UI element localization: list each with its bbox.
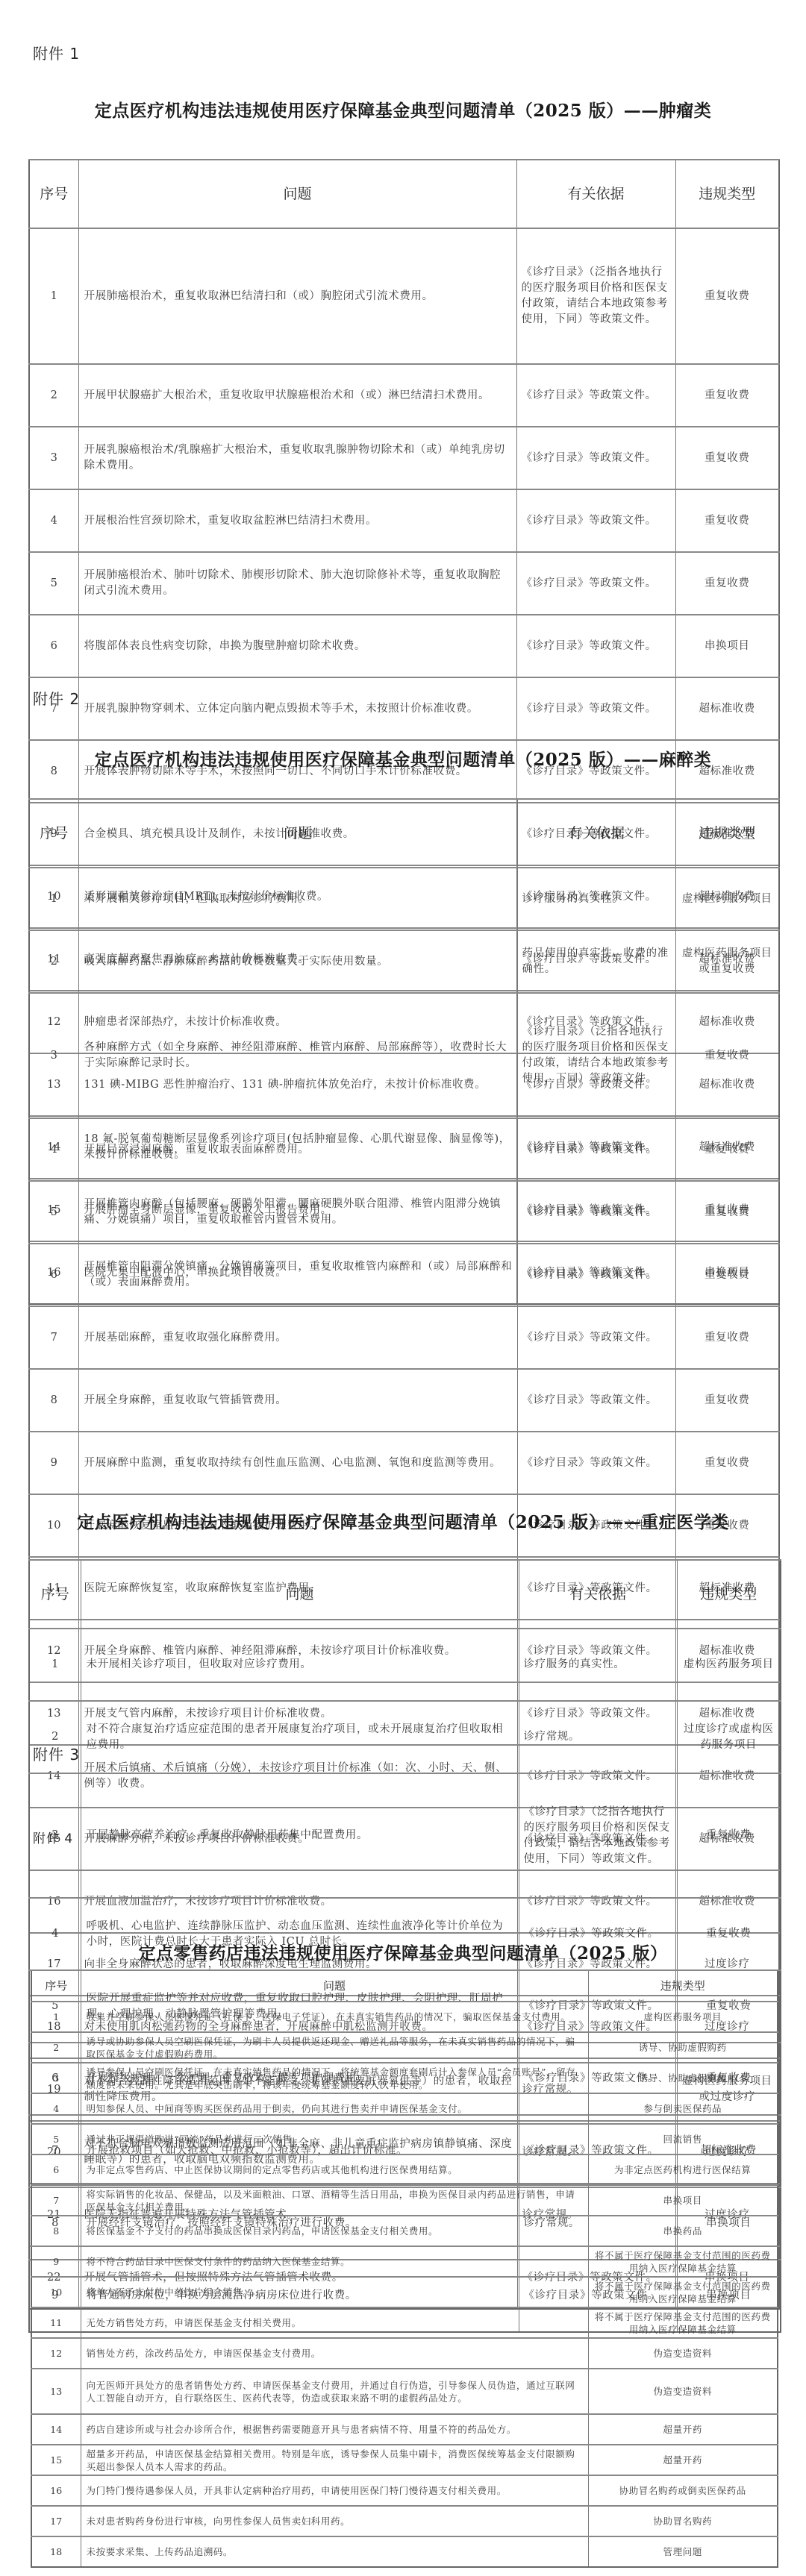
cell-problem: 开展乳腺癌根治术/乳腺癌扩大根治术，重复收取乳腺肿物切除术和（或）单纯乳房切除术… xyxy=(78,427,516,489)
table-row: 4开展局部浸润麻醉，重复收取表面麻醉费用。《诊疗目录》等政策文件。重复收费 xyxy=(29,1118,779,1181)
table-row: 1未开展相关诊疗项目，但收取对应诊疗费用。诊疗服务的真实性。虚构医药服务项目 xyxy=(29,868,779,930)
attachment-2-label: 附件 2 xyxy=(33,687,80,709)
header-problem: 问题 xyxy=(81,1970,588,2002)
cell-seq: 18 xyxy=(31,2536,81,2567)
cell-violation-type: 过度诊疗或虚构医药服务项目 xyxy=(677,1701,781,1773)
cell-violation-type: 将不属于医疗保障基金支付范围的医药费用纳入医疗保障基金结算 xyxy=(588,2307,778,2338)
cell-basis: 《诊疗目录》等政策文件。 xyxy=(517,1118,675,1181)
cell-problem: 诱导参保人员空刷医保凭证，在未真实销售药品的情况下，将统筹基金额度套刷后计入参保… xyxy=(81,2063,588,2093)
cell-basis: 《诊疗目录》等政策文件。 xyxy=(516,552,675,615)
cell-basis: 《诊疗目录》等政策文件。 xyxy=(516,427,675,489)
table-row: 3开展乳腺癌根治术/乳腺癌扩大根治术，重复收取乳腺肿物切除术和（或）单纯乳房切除… xyxy=(29,427,779,489)
header-type: 违规类型 xyxy=(675,799,779,868)
cell-basis: 《诊疗目录》等政策文件。 xyxy=(517,1432,675,1494)
cell-violation-type: 重复收费 xyxy=(675,364,779,427)
cell-seq: 7 xyxy=(31,2185,81,2216)
cell-problem: 将单方不予支付的中药饮片组合销售。 xyxy=(81,2277,588,2307)
cell-seq: 6 xyxy=(31,2154,81,2185)
cell-basis: 《诊疗目录》等政策文件。 xyxy=(516,489,675,552)
table-header-row: 序号 问题 有关依据 违规类型 xyxy=(29,799,779,868)
cell-seq: 11 xyxy=(31,2307,81,2338)
cell-seq: 14 xyxy=(31,2414,81,2445)
cell-problem: 开展肺癌根治术、肺叶切除术、肺楔形切除术、肺大泡切除修补术等，重复收取胸腔闭式引… xyxy=(78,552,516,615)
table-row: 7开展乳腺肿物穿刺术、立体定向脑内靶点毁损术等手术，未按照计价标准收费。《诊疗目… xyxy=(29,677,779,740)
cell-violation-type: 虚构医药服务项目 xyxy=(677,1629,781,1701)
cell-problem: 超量多开药品，申请医保基金结算相关费用。特别是年底，诱导参保人员集中刷卡，消费医… xyxy=(81,2445,588,2475)
table-row: 8将医保基金不予支付的药品串换成医保目录内药品，申请医保基金支付相关费用。串换药… xyxy=(31,2216,778,2246)
table-row: 8开展全身麻醉，重复收取气管插管费用。《诊疗目录》等政策文件。重复收费 xyxy=(29,1369,779,1432)
table-row: 3开展静脉高营养治疗，重复收取静脉用药集中配置费用。《诊疗目录》（泛指各地执行的… xyxy=(29,1773,781,1898)
cell-violation-type: 重复收费 xyxy=(677,1773,781,1898)
cell-seq: 4 xyxy=(29,1118,78,1181)
table-row: 6将腹部体表良性病变切除，串换为腹壁肿瘤切除术收费。《诊疗目录》等政策文件。串换… xyxy=(29,615,779,677)
header-basis: 有关依据 xyxy=(517,799,675,868)
cell-problem: 开展肺癌根治术，重复收取淋巴结清扫和（或）胸腔闭式引流术费用。 xyxy=(78,228,516,364)
cell-seq: 3 xyxy=(29,993,78,1118)
header-seq: 序号 xyxy=(29,1560,81,1629)
cell-violation-type: 诱导、协助虚假购药 xyxy=(588,2032,778,2063)
table-row: 14药店自建诊所或与社会办诊所合作，根据售药需要随意开具与患者病情不符、用量不符… xyxy=(31,2414,778,2445)
table-row: 5通过非正规渠道购进“回流”药品并进行二次销售。回流销售 xyxy=(31,2124,778,2154)
cell-basis: 《诊疗目录》等政策文件。 xyxy=(516,364,675,427)
cell-problem: 为非定点零售药店、中止医保协议期间的定点零售药店或其他机构进行医保费用结算。 xyxy=(81,2154,588,2185)
cell-seq: 2 xyxy=(29,364,78,427)
header-basis: 有关依据 xyxy=(516,160,675,228)
header-problem: 问题 xyxy=(78,160,516,228)
header-problem: 问题 xyxy=(78,799,517,868)
cell-problem: 开展全身麻醉，重复收取气管插管费用。 xyxy=(78,1369,517,1432)
table-row: 2诱导或协助参保人员空刷医保凭证，为刷卡人员提供返还现金、赠送礼品等服务，在未真… xyxy=(31,2032,778,2063)
cell-violation-type: 虚构医药服务项目或重复收费 xyxy=(675,930,779,993)
cell-seq: 4 xyxy=(31,2093,81,2124)
table-header-row: 序号 问题 有关依据 违规类型 xyxy=(29,160,779,228)
cell-seq: 9 xyxy=(29,1432,78,1494)
cell-violation-type: 超量开药 xyxy=(588,2414,778,2445)
table-row: 9开展麻醉中监测，重复收取持续有创性血压监测、心电监测、氧饱和度监测等费用。《诊… xyxy=(29,1432,779,1494)
table-row: 4开展根治性宫颈切除术，重复收取盆腔淋巴结清扫术费用。《诊疗目录》等政策文件。重… xyxy=(29,489,779,552)
cell-seq: 15 xyxy=(31,2445,81,2475)
cell-violation-type: 将不属于医疗保障基金支付范围的医药费用纳入医疗保障基金结算 xyxy=(588,2246,778,2277)
table-row: 15超量多开药品，申请医保基金结算相关费用。特别是年底，诱导参保人员集中刷卡，消… xyxy=(31,2445,778,2475)
cell-basis: 《诊疗目录》（泛指各地执行的医疗服务项目价格和医保支付政策，请结合本地政策参考使… xyxy=(519,1773,677,1898)
table-row: 5开展椎管内麻醉（包括腰麻、硬膜外阻滞、腰麻硬膜外联合阻滞、椎管内阻滞分娩镇痛、… xyxy=(29,1181,779,1244)
cell-problem: 明知参保人员、中间商等购买医保药品用于倒卖，仍向其进行售卖并申请医保基金支付。 xyxy=(81,2093,588,2124)
cell-violation-type: 协助冒名购药 xyxy=(588,2506,778,2536)
cell-violation-type: 虚构医药服务项目 xyxy=(588,2002,778,2032)
cell-seq: 2 xyxy=(29,1701,81,1773)
cell-violation-type: 重复收费 xyxy=(675,1306,779,1369)
cell-problem: 未开展相关诊疗项目，但收取对应诊疗费用。 xyxy=(81,1629,519,1701)
cell-seq: 16 xyxy=(31,2475,81,2506)
cell-problem: 开展麻醉中监测，重复收取持续有创性血压监测、心电监测、氧饱和度监测等费用。 xyxy=(78,1432,517,1494)
cell-basis: 诊疗常规。 xyxy=(519,1701,677,1773)
cell-violation-type: 回流销售 xyxy=(588,2124,778,2154)
cell-problem: 为门特门慢待遇参保人员，开具非认定病种治疗用药，申请使用医保门特门慢待遇支付相关… xyxy=(81,2475,588,2506)
cell-problem: 开展乳腺肿物穿刺术、立体定向脑内靶点毁损术等手术，未按照计价标准收费。 xyxy=(78,677,516,740)
cell-violation-type: 重复收费 xyxy=(675,1369,779,1432)
cell-basis: 《诊疗目录》等政策文件。 xyxy=(516,677,675,740)
cell-problem: 对不符合康复治疗适应症范围的患者开展康复治疗项目，或未开展康复治疗但收取相应费用… xyxy=(81,1701,519,1773)
cell-seq: 3 xyxy=(31,2063,81,2093)
cell-problem: 药店自建诊所或与社会办诊所合作，根据售药需要随意开具与患者病情不符、用量不符的药… xyxy=(81,2414,588,2445)
cell-problem: 开展基础麻醉，重复收取强化麻醉费用。 xyxy=(78,1306,517,1369)
cell-basis: 《诊疗目录》（泛指各地执行的医疗服务项目价格和医保支付政策，请结合本地政策参考使… xyxy=(517,993,675,1118)
cell-seq: 8 xyxy=(29,1369,78,1432)
table-row: 7开展基础麻醉，重复收取强化麻醉费用。《诊疗目录》等政策文件。重复收费 xyxy=(29,1306,779,1369)
header-seq: 序号 xyxy=(31,1970,81,2002)
cell-basis: 《诊疗目录》等政策文件。 xyxy=(517,1181,675,1244)
cell-problem: 开展局部浸润麻醉，重复收取表面麻醉费用。 xyxy=(78,1118,517,1181)
cell-violation-type: 管理问题 xyxy=(588,2536,778,2567)
cell-problem: 将腹部体表良性病变切除，串换为腹壁肿瘤切除术收费。 xyxy=(78,615,516,677)
cell-violation-type: 重复收费 xyxy=(675,427,779,489)
cell-problem: 未对患者购药身份进行审核，向男性参保人员售卖妇科用药。 xyxy=(81,2506,588,2536)
cell-violation-type: 重复收费 xyxy=(675,552,779,615)
cell-violation-type: 超量开药 xyxy=(588,2445,778,2475)
cell-problem: 通过非正规渠道购进“回流”药品并进行二次销售。 xyxy=(81,2124,588,2154)
cell-problem: 收集并空刷参保人员医保凭证（社保卡、医保电子凭证），在未真实销售药品的情况下，骗… xyxy=(81,2002,588,2032)
header-type: 违规类型 xyxy=(677,1560,781,1629)
cell-basis: 药品使用的真实性、收费的准确性。 xyxy=(517,930,675,993)
cell-problem: 开展甲状腺癌扩大根治术，重复收取甲状腺癌根治术和（或）淋巴结清扫术费用。 xyxy=(78,364,516,427)
table-row: 3诱导参保人员空刷医保凭证，在未真实销售药品的情况下，将统筹基金额度套刷后计入参… xyxy=(31,2063,778,2093)
header-seq: 序号 xyxy=(29,799,78,868)
table-row: 18未按要求采集、上传药品追溯码。管理问题 xyxy=(31,2536,778,2567)
cell-problem: 吸入麻醉药品、静脉麻醉药品的收费数量大于实际使用数量。 xyxy=(78,930,517,993)
table-row: 1收集并空刷参保人员医保凭证（社保卡、医保电子凭证），在未真实销售药品的情况下，… xyxy=(31,2002,778,2032)
table-row: 3各种麻醉方式（如全身麻醉、神经阻滞麻醉、椎管内麻醉、局部麻醉等），收费时长大于… xyxy=(29,993,779,1118)
cell-problem: 诱导或协助参保人员空刷医保凭证，为刷卡人员提供返还现金、赠送礼品等服务，在未真实… xyxy=(81,2032,588,2063)
cell-problem: 向无医师开具处方的患者销售处方药、申请医保基金支付费用，并通过自行伪造，引导参保… xyxy=(81,2369,588,2414)
cell-seq: 10 xyxy=(31,2277,81,2307)
table-row: 6开展椎管内阻滞分娩镇痛、分娩镇痛等项目，重复收取椎管内麻醉和（或）局部麻醉和（… xyxy=(29,1244,779,1306)
table-row: 4明知参保人员、中间商等购买医保药品用于倒卖，仍向其进行售卖并申请医保基金支付。… xyxy=(31,2093,778,2124)
header-seq: 序号 xyxy=(29,160,78,228)
cell-violation-type: 伪造变造资料 xyxy=(588,2338,778,2369)
table-row: 6为非定点零售药店、中止医保协议期间的定点零售药店或其他机构进行医保费用结算。为… xyxy=(31,2154,778,2185)
cell-problem: 将实际销售的化妆品、保健品，以及米面粮油、口罩、酒精等生活日用品，串换为医保目录… xyxy=(81,2185,588,2216)
cell-violation-type: 为非定点医药机构进行医保结算 xyxy=(588,2154,778,2185)
cell-problem: 未开展相关诊疗项目，但收取对应诊疗费用。 xyxy=(78,868,517,930)
cell-seq: 7 xyxy=(29,1306,78,1369)
cell-basis: 诊疗服务的真实性。 xyxy=(517,868,675,930)
cell-basis: 《诊疗目录》等政策文件。 xyxy=(517,1244,675,1306)
table-header-row: 序号 问题 违规类型 xyxy=(31,1970,778,2002)
cell-seq: 9 xyxy=(31,2246,81,2277)
cell-problem: 将不符合药品目录中医保支付条件的药品纳入医保基金结算。 xyxy=(81,2246,588,2277)
cell-basis: 《诊疗目录》等政策文件。 xyxy=(517,1369,675,1432)
cell-basis: 《诊疗目录》（泛指各地执行的医疗服务项目价格和医保支付政策，请结合本地政策参考使… xyxy=(516,228,675,364)
table-row: 17未对患者购药身份进行审核，向男性参保人员售卖妇科用药。协助冒名购药 xyxy=(31,2506,778,2536)
cell-problem: 开展静脉高营养治疗，重复收取静脉用药集中配置费用。 xyxy=(81,1773,519,1898)
attachment-4-table: 序号 问题 违规类型 1收集并空刷参保人员医保凭证（社保卡、医保电子凭证），在未… xyxy=(31,1969,778,2568)
cell-problem: 无处方销售处方药，申请医保基金支付相关费用。 xyxy=(81,2307,588,2338)
cell-seq: 1 xyxy=(29,1629,81,1701)
cell-violation-type: 重复收费 xyxy=(675,993,779,1118)
cell-violation-type: 串换项目 xyxy=(675,615,779,677)
cell-violation-type: 将不属于医疗保障基金支付范围的医药费用纳入医疗保障基金结算 xyxy=(588,2277,778,2307)
cell-basis: 《诊疗目录》等政策文件。 xyxy=(516,615,675,677)
cell-seq: 13 xyxy=(31,2369,81,2414)
table-row: 1未开展相关诊疗项目，但收取对应诊疗费用。诊疗服务的真实性。虚构医药服务项目 xyxy=(29,1629,781,1701)
cell-seq: 5 xyxy=(31,2124,81,2154)
cell-problem: 销售处方药，涂改药品处方，申请医保基金支付费用。 xyxy=(81,2338,588,2369)
cell-violation-type: 重复收费 xyxy=(675,1432,779,1494)
header-type: 违规类型 xyxy=(588,1970,778,2002)
table-row: 13向无医师开具处方的患者销售处方药、申请医保基金支付费用，并通过自行伪造，引导… xyxy=(31,2369,778,2414)
table-row: 16为门特门慢待遇参保人员，开具非认定病种治疗用药，申请使用医保门特门慢待遇支付… xyxy=(31,2475,778,2506)
cell-seq: 2 xyxy=(29,930,78,993)
cell-basis: 诊疗服务的真实性。 xyxy=(519,1629,677,1701)
document-page: 附件 1 定点医疗机构违法违规使用医疗保障基金典型问题清单（2025 版）——肿… xyxy=(0,0,806,2576)
cell-seq: 17 xyxy=(31,2506,81,2536)
cell-violation-type: 伪造变造资料 xyxy=(588,2369,778,2414)
cell-violation-type: 超标准收费 xyxy=(675,677,779,740)
cell-problem: 开展椎管内阻滞分娩镇痛、分娩镇痛等项目，重复收取椎管内麻醉和（或）局部麻醉和（或… xyxy=(78,1244,517,1306)
cell-violation-type: 串换项目 xyxy=(588,2185,778,2216)
cell-seq: 4 xyxy=(29,489,78,552)
cell-seq: 1 xyxy=(31,2002,81,2032)
attachment-1-title: 定点医疗机构违法违规使用医疗保障基金典型问题清单（2025 版）——肿瘤类 xyxy=(0,97,806,122)
cell-problem: 未按要求采集、上传药品追溯码。 xyxy=(81,2536,588,2567)
cell-problem: 开展根治性宫颈切除术，重复收取盆腔淋巴结清扫术费用。 xyxy=(78,489,516,552)
attachment-3-title: 定点医疗机构违法违规使用医疗保障基金典型问题清单（2025 版）——重症医学类 xyxy=(0,1508,806,1533)
table-row: 2吸入麻醉药品、静脉麻醉药品的收费数量大于实际使用数量。药品使用的真实性、收费的… xyxy=(29,930,779,993)
cell-seq: 12 xyxy=(31,2338,81,2369)
table-header-row: 序号 问题 有关依据 违规类型 xyxy=(29,1560,781,1629)
cell-violation-type: 参与倒卖医保药品 xyxy=(588,2093,778,2124)
header-problem: 问题 xyxy=(81,1560,519,1629)
cell-problem: 开展椎管内麻醉（包括腰麻、硬膜外阻滞、腰麻硬膜外联合阻滞、椎管内阻滞分娩镇痛、分… xyxy=(78,1181,517,1244)
cell-seq: 6 xyxy=(29,615,78,677)
cell-violation-type: 诱导、协助虚假购药 xyxy=(588,2063,778,2093)
table-row: 11无处方销售处方药，申请医保基金支付相关费用。将不属于医疗保障基金支付范围的医… xyxy=(31,2307,778,2338)
cell-seq: 1 xyxy=(29,228,78,364)
table-row: 1开展肺癌根治术，重复收取淋巴结清扫和（或）胸腔闭式引流术费用。《诊疗目录》（泛… xyxy=(29,228,779,364)
table-row: 10将单方不予支付的中药饮片组合销售。将不属于医疗保障基金支付范围的医药费用纳入… xyxy=(31,2277,778,2307)
cell-violation-type: 虚构医药服务项目 xyxy=(675,868,779,930)
header-type: 违规类型 xyxy=(675,160,779,228)
cell-seq: 1 xyxy=(29,868,78,930)
table-row: 9将不符合药品目录中医保支付条件的药品纳入医保基金结算。将不属于医疗保障基金支付… xyxy=(31,2246,778,2277)
table-row: 2对不符合康复治疗适应症范围的患者开展康复治疗项目，或未开展康复治疗但收取相应费… xyxy=(29,1701,781,1773)
cell-violation-type: 协助冒名购药或倒卖医保药品 xyxy=(588,2475,778,2506)
attachment-4-title: 定点零售药店违法违规使用医疗保障基金典型问题清单（2025 版） xyxy=(0,1940,806,1964)
cell-seq: 6 xyxy=(29,1244,78,1306)
table-row: 7将实际销售的化妆品、保健品，以及米面粮油、口罩、酒精等生活日用品，串换为医保目… xyxy=(31,2185,778,2216)
cell-seq: 8 xyxy=(31,2216,81,2246)
attachment-1-label: 附件 1 xyxy=(33,42,80,63)
cell-problem: 将医保基金不予支付的药品串换成医保目录内药品，申请医保基金支付相关费用。 xyxy=(81,2216,588,2246)
cell-violation-type: 重复收费 xyxy=(675,489,779,552)
cell-violation-type: 串换药品 xyxy=(588,2216,778,2246)
cell-seq: 2 xyxy=(31,2032,81,2063)
table-row: 2开展甲状腺癌扩大根治术，重复收取甲状腺癌根治术和（或）淋巴结清扫术费用。《诊疗… xyxy=(29,364,779,427)
cell-violation-type: 重复收费 xyxy=(675,228,779,364)
table-row: 12销售处方药，涂改药品处方，申请医保基金支付费用。伪造变造资料 xyxy=(31,2338,778,2369)
header-basis: 有关依据 xyxy=(519,1560,677,1629)
table-row: 5开展肺癌根治术、肺叶切除术、肺楔形切除术、肺大泡切除修补术等，重复收取胸腔闭式… xyxy=(29,552,779,615)
attachment-2-title: 定点医疗机构违法违规使用医疗保障基金典型问题清单（2025 版）——麻醉类 xyxy=(0,746,806,771)
cell-violation-type: 重复收费 xyxy=(675,1181,779,1244)
cell-basis: 《诊疗目录》等政策文件。 xyxy=(517,1306,675,1369)
cell-seq: 5 xyxy=(29,1181,78,1244)
cell-problem: 各种麻醉方式（如全身麻醉、神经阻滞麻醉、椎管内麻醉、局部麻醉等），收费时长大于实… xyxy=(78,993,517,1118)
attachment-4-label: 附件 4 xyxy=(33,1828,73,1846)
cell-violation-type: 重复收费 xyxy=(675,1244,779,1306)
cell-seq: 3 xyxy=(29,427,78,489)
cell-seq: 5 xyxy=(29,552,78,615)
cell-violation-type: 重复收费 xyxy=(675,1118,779,1181)
